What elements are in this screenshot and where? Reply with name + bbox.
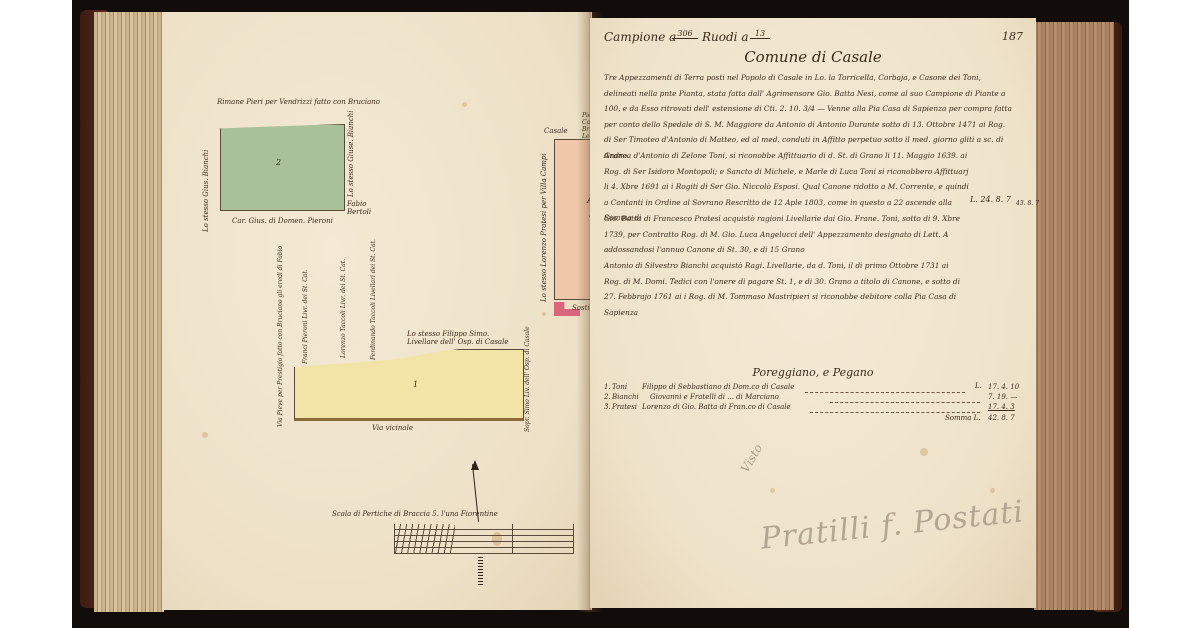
scale-bar [394, 524, 574, 554]
plot-1-inner-label-2: Lorenzo Taccoli Livr. dei St. Cat. [340, 308, 347, 358]
plot-1-right-label: Sopr. Simo Liv. dell' Osp. di Casale [524, 352, 531, 432]
plot-2-right-label: Lo stesso Giuse. Bianchi [347, 127, 355, 197]
plot-2-left-label: Lo stesso Gius. Bianchi [202, 142, 210, 232]
section-title: Poreggiano, e Pegano [590, 366, 1036, 379]
plot-2-top-label: Rimane Pieri per Vendrizzi fatto con Bru… [217, 98, 380, 106]
campione-value: 306 [672, 29, 698, 39]
arrow-feather-icon [478, 557, 483, 585]
plot-1-inner-label-3: Ferdinando Taccoli Livellari dei St. Cat… [370, 310, 377, 360]
pencil-annotation-visto: Visto [738, 442, 765, 475]
plot-1-left-label: Via Pieve per Prestigio fatto con Brucia… [277, 352, 284, 427]
plot-2-number: 2 [276, 158, 281, 167]
north-arrow-head-icon [471, 460, 479, 470]
plot-1-number: 1 [413, 380, 418, 389]
ruolo-label: Ruodi a [702, 30, 748, 44]
page-edges-right [1034, 22, 1114, 610]
page-title: Comune di Casale [590, 48, 1036, 66]
book-photograph: Rimane Pieri per Vendrizzi fatto con Bru… [72, 0, 1129, 628]
sum-value: 42. 8. 7 [988, 414, 1015, 422]
scale-caption: Scala di Pertiche di Braccia 5. l'una Fi… [332, 510, 498, 518]
first-total-amount: L. 24. 8. 7 [970, 195, 1011, 204]
plot-2-right-bottom-label: Fabio Bertoli [347, 200, 377, 216]
plot-1-yellow-parcel: 1 [294, 349, 524, 421]
paragraph-3: Gio. Batta di Francesco Pratesi acquistò… [604, 211, 964, 258]
plot-a-top-left-label: Casale [544, 127, 568, 135]
sum-label: Somma L. [945, 414, 981, 422]
plot-1-bottom-label: Via vicinale [372, 424, 413, 432]
campione-label: Campione a [604, 30, 676, 44]
plot-a-left-label: Lo stesso Lorenzo Pratesi per Villa Camp… [540, 152, 548, 302]
pencil-signature: Pratilli f. Postati [759, 494, 1026, 556]
plot-1-top-label: Lo stesso Filippo Simo. Livellare dell' … [407, 330, 517, 346]
margin-note-amount: 43. 8. 7 [1016, 200, 1039, 207]
right-page: Campione a 306 Ruodi a 13 187 Comune di … [590, 18, 1036, 608]
page-number: 187 [1002, 30, 1023, 43]
plot-2-green-parcel: 2 [220, 124, 345, 211]
page-edges-left [94, 12, 164, 612]
ruolo-value: 13 [750, 29, 770, 39]
paragraph-4: Antonio di Silvestro Bianchi acquistò Ra… [604, 258, 964, 320]
left-page: Rimane Pieri per Vendrizzi fatto con Bru… [162, 12, 592, 610]
plot-2-bottom-label: Car. Gius. di Domen. Pieroni [232, 217, 333, 225]
plot-1-inner-label-1: Franci Pieroni Livr. dei St. Cat. [302, 316, 309, 364]
